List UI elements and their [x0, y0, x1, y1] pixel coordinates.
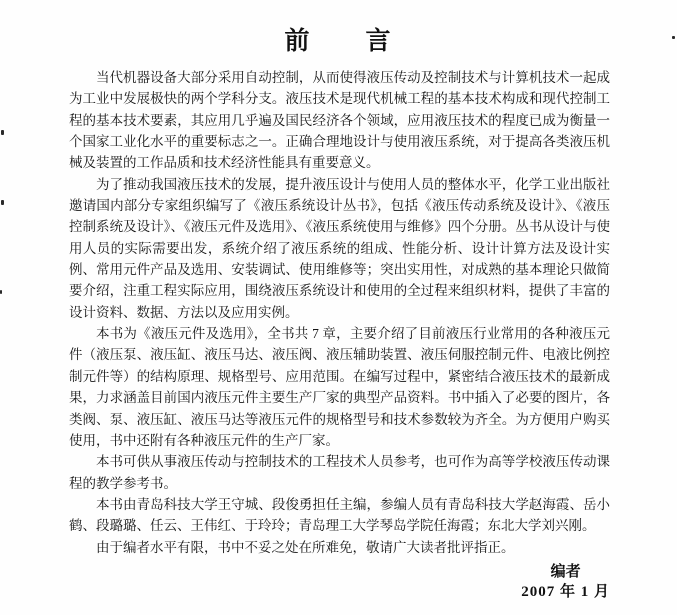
preface-body: 当代机器设备大部分采用自动控制，从而使得液压传动及控制技术与计算机技术一起成为工… [69, 67, 610, 601]
paragraph-1: 当代机器设备大部分采用自动控制，从而使得液压传动及控制技术与计算机技术一起成为工… [69, 67, 610, 174]
signature-date: 2007 年 1 月 [521, 583, 610, 601]
paragraph-5: 本书由青岛科技大学王守城、段俊勇担任主编，参编人员有青岛科技大学赵海霞、岳小鹤、… [69, 494, 610, 537]
paragraph-2: 为了推动我国液压技术的发展，提升液压设计与使用人员的整体水平，化学工业出版社邀请… [69, 174, 610, 323]
page-title: 前 言 [0, 0, 677, 56]
scan-speck [1, 200, 4, 205]
paragraph-4: 本书可供从事液压传动与控制技术的工程技术人员参考，也可作为高等学校液压传动课程的… [69, 451, 610, 494]
preface-page: 前 言 当代机器设备大部分采用自动控制，从而使得液压传动及控制技术与计算机技术一… [0, 0, 677, 615]
scan-speck [0, 290, 2, 294]
paragraph-3: 本书为《液压元件及选用》，全书共 7 章，主要介绍了目前液压行业常用的各种液压元… [69, 323, 610, 451]
scan-speck [1, 130, 4, 135]
paragraph-6: 由于编者水平有限，书中不妥之处在所难免，敬请广大读者批评指正。 [69, 537, 610, 558]
scan-speck [672, 36, 675, 39]
signature-author: 编者 [521, 563, 610, 581]
signature-block: 编者 2007 年 1 月 [521, 563, 610, 601]
